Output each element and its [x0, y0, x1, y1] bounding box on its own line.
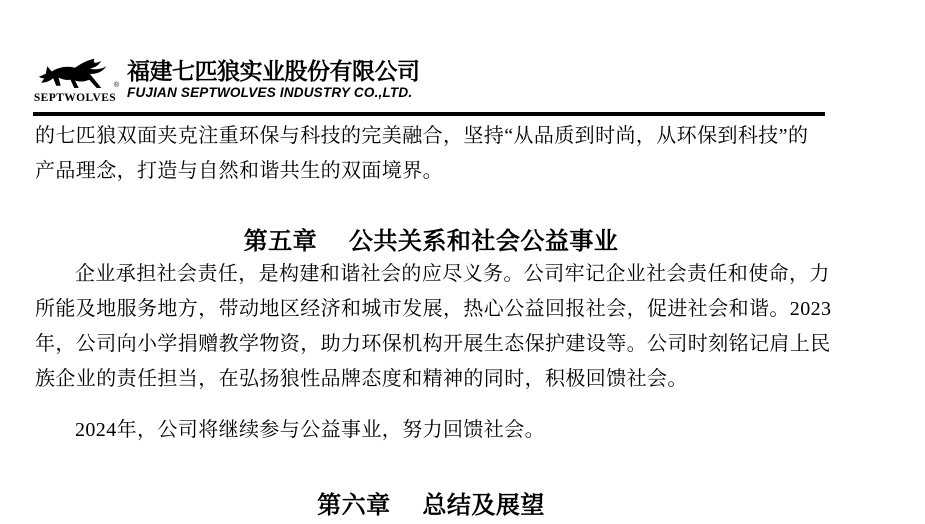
body-text-line: 产品理念，打造与自然和谐共生的双面境界。	[35, 154, 827, 189]
registered-trademark-symbol: ®	[114, 82, 119, 89]
body-text-line: 所能及地服务地方，带动地区经济和城市发展，热心公益回报社会，促进社会和谐。202…	[35, 292, 827, 327]
company-names: 福建七匹狼实业股份有限公司 FUJIAN SEPTWOLVES INDUSTRY…	[127, 56, 420, 101]
body-text-line: 2024年，公司将继续参与公益事业，努力回馈社会。	[35, 413, 827, 448]
paragraph-jacket-concept: 的七匹狼双面夹克注重环保与科技的完美融合，坚持“从品质到时尚，从环保到科技”的 …	[35, 119, 827, 189]
paragraph-2024-outlook: 2024年，公司将继续参与公益事业，努力回馈社会。	[35, 413, 827, 448]
chapter-5-heading: 第五章 公共关系和社会公益事业	[35, 224, 827, 259]
septwolves-logo: ® SEPTWOLVES	[33, 56, 117, 104]
body-text-line: 族企业的责任担当，在弘扬狼性品牌态度和精神的同时，积极回馈社会。	[35, 362, 827, 397]
company-name-chinese: 福建七匹狼实业股份有限公司	[127, 57, 420, 85]
company-name-english: FUJIAN SEPTWOLVES INDUSTRY CO.,LTD.	[127, 85, 420, 101]
paragraph-social-responsibility: 企业承担社会责任，是构建和谐社会的应尽义务。公司牢记企业社会责任和使命，力 所能…	[35, 257, 827, 397]
company-letterhead: ® SEPTWOLVES 福建七匹狼实业股份有限公司 FUJIAN SEPTWO…	[33, 56, 420, 104]
document-page: ® SEPTWOLVES 福建七匹狼实业股份有限公司 FUJIAN SEPTWO…	[0, 0, 925, 524]
wolf-logo-icon	[36, 58, 114, 91]
body-text-line: 企业承担社会责任，是构建和谐社会的应尽义务。公司牢记企业社会责任和使命，力	[35, 257, 827, 292]
header-divider	[33, 112, 825, 116]
chapter-6-heading: 第六章 总结及展望	[35, 488, 827, 523]
body-text-line: 年，公司向小学捐赠教学物资，助力环保机构开展生态保护建设等。公司时刻铭记肩上民	[35, 327, 827, 362]
brand-name: SEPTWOLVES	[33, 92, 117, 104]
body-text-line: 的七匹狼双面夹克注重环保与科技的完美融合，坚持“从品质到时尚，从环保到科技”的	[35, 119, 827, 154]
